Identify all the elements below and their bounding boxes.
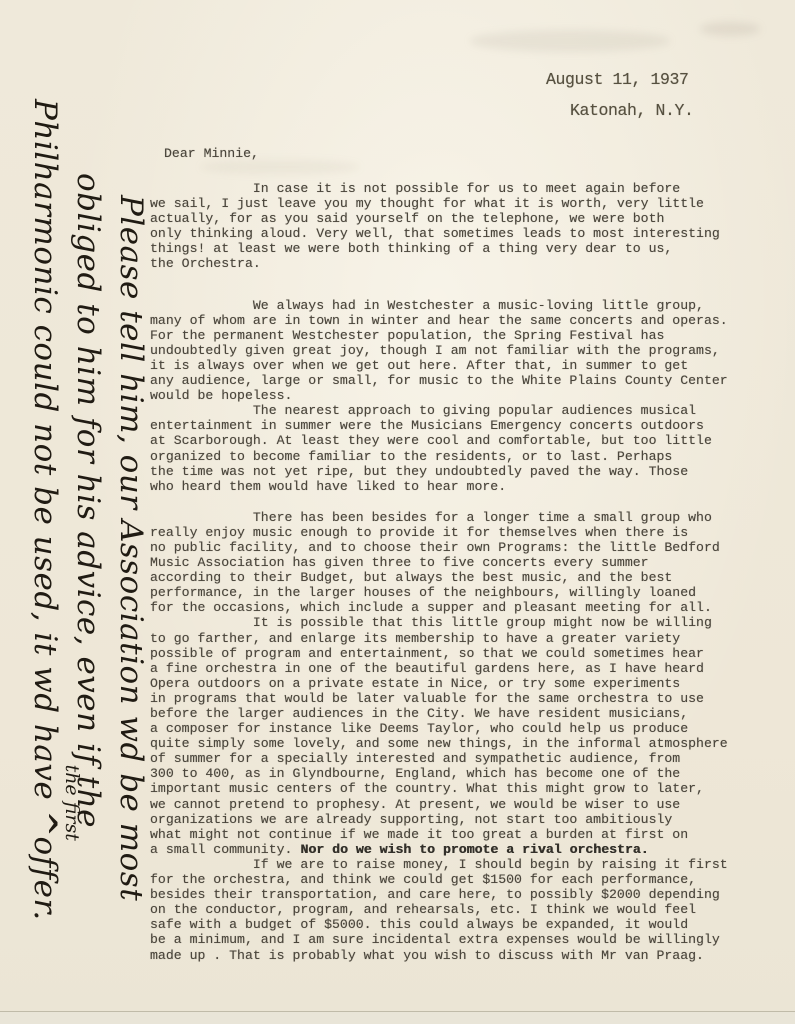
typed-line: no public facility, and to choose their … (150, 540, 790, 555)
typed-line: entertainment in summer were the Musicia… (150, 418, 790, 433)
paragraph: We always had in Westchester a music-lov… (150, 298, 790, 404)
typed-line: It is possible that this little group mi… (150, 615, 790, 630)
typed-line: actually, for as you said yourself on th… (150, 211, 790, 226)
typed-line: be a minimum, and I am sure incidental e… (150, 932, 790, 947)
typed-line: before the larger audiences in the City.… (150, 706, 790, 721)
typed-line: any audience, large or small, for music … (150, 373, 790, 388)
typed-line: quite simply some lovely, and some new t… (150, 736, 790, 751)
bold-typed-text: Nor do we wish to promote a rival orches… (300, 842, 648, 857)
typed-line: a fine orchestra in one of the beautiful… (150, 661, 790, 676)
typed-line: it is always over when we get out here. … (150, 358, 790, 373)
typed-line: we cannot pretend to prophesy. At presen… (150, 797, 790, 812)
typed-line: at Scarborough. At least they were cool … (150, 433, 790, 448)
typed-line: possible of program and entertainment, s… (150, 646, 790, 661)
typed-line: made up . That is probably what you wish… (150, 948, 790, 963)
typed-line: There has been besides for a longer time… (150, 510, 790, 525)
typed-line: In case it is not possible for us to mee… (150, 181, 790, 196)
typed-line: of summer for a specially interested and… (150, 751, 790, 766)
typed-line: 300 to 400, as in Glyndbourne, England, … (150, 766, 790, 781)
typed-line: for the orchestra, and think we could ge… (150, 872, 790, 887)
paragraph: It is possible that this little group mi… (150, 615, 790, 857)
typed-line: according to their Budget, but always th… (150, 570, 790, 585)
margin-note-line: Philharmonic could not be used, it wd ha… (23, 85, 66, 1024)
typed-line: The nearest approach to giving popular a… (150, 403, 790, 418)
typed-line: safe with a budget of $5000. this could … (150, 917, 790, 932)
typed-line: really enjoy music enough to provide it … (150, 525, 790, 540)
typed-line: a small community. Nor do we wish to pro… (150, 842, 790, 857)
typed-line: organizations we are already supporting,… (150, 812, 790, 827)
typed-line: things! at least we were both thinking o… (150, 241, 790, 256)
letter-body: In case it is not possible for us to mee… (150, 181, 790, 963)
typed-line: Music Association has given three to fiv… (150, 555, 790, 570)
typed-line: for the occasions, which include a suppe… (150, 600, 790, 615)
typed-line: Opera outdoors on a private estate in Ni… (150, 676, 790, 691)
typed-line: We always had in Westchester a music-lov… (150, 298, 790, 313)
margin-note-text: Philharmonic could not be used, it wd ha… (27, 99, 63, 811)
scan-edge-strip (0, 1012, 795, 1024)
inserted-words: the first (50, 765, 93, 841)
paragraph: The nearest approach to giving popular a… (150, 403, 790, 494)
typed-text: a small community. (150, 842, 300, 857)
typed-line: the time was not yet ripe, but they undo… (150, 464, 790, 479)
date-line: August 11, 1937 (546, 70, 689, 89)
typed-line: besides their transportation, and care h… (150, 887, 790, 902)
typed-line: important music centers of the country. … (150, 781, 790, 796)
typed-line: we sail, I just leave you my thought for… (150, 196, 790, 211)
typed-line: organized to become familiar to the resi… (150, 449, 790, 464)
paragraph: There has been besides for a longer time… (150, 510, 790, 616)
margin-note-line: Please tell him, our Association wd be m… (109, 85, 152, 1024)
typed-line: on the conductor, program, and rehearsal… (150, 902, 790, 917)
handwritten-margin-note: Please tell him, our Association wd be m… (23, 85, 152, 1024)
letter-page: August 11, 1937 Katonah, N.Y. Dear Minni… (0, 0, 795, 1024)
typed-line: would be hopeless. (150, 388, 790, 403)
paragraph: In case it is not possible for us to mee… (150, 181, 790, 272)
margin-note-line: obliged to him for his advice, even if t… (66, 85, 109, 1024)
insertion-anchor: the first^ (23, 811, 66, 837)
typed-line: the Orchestra. (150, 256, 790, 271)
typed-line: in programs that would be later valuable… (150, 691, 790, 706)
typed-line: performance, in the larger houses of the… (150, 585, 790, 600)
typed-line: For the permanent Westchester population… (150, 328, 790, 343)
place-line: Katonah, N.Y. (570, 101, 694, 120)
pencil-smudge (700, 22, 760, 36)
salutation: Dear Minnie, (164, 146, 259, 161)
typed-line: only thinking aloud. Very well, that som… (150, 226, 790, 241)
pencil-smudge (470, 30, 670, 52)
typed-line: many of whom are in town in winter and h… (150, 313, 790, 328)
typed-line: undoubtedly given great joy, though I am… (150, 343, 790, 358)
typed-line: what might not continue if we made it to… (150, 827, 790, 842)
paragraph: If we are to raise money, I should begin… (150, 857, 790, 963)
pencil-smudge (200, 160, 360, 174)
typed-line: who heard them would have liked to hear … (150, 479, 790, 494)
margin-note-text: offer. (27, 837, 63, 921)
typed-line: If we are to raise money, I should begin… (150, 857, 790, 872)
typed-line: a composer for instance like Deems Taylo… (150, 721, 790, 736)
typed-line: to go farther, and enlarge its membershi… (150, 631, 790, 646)
